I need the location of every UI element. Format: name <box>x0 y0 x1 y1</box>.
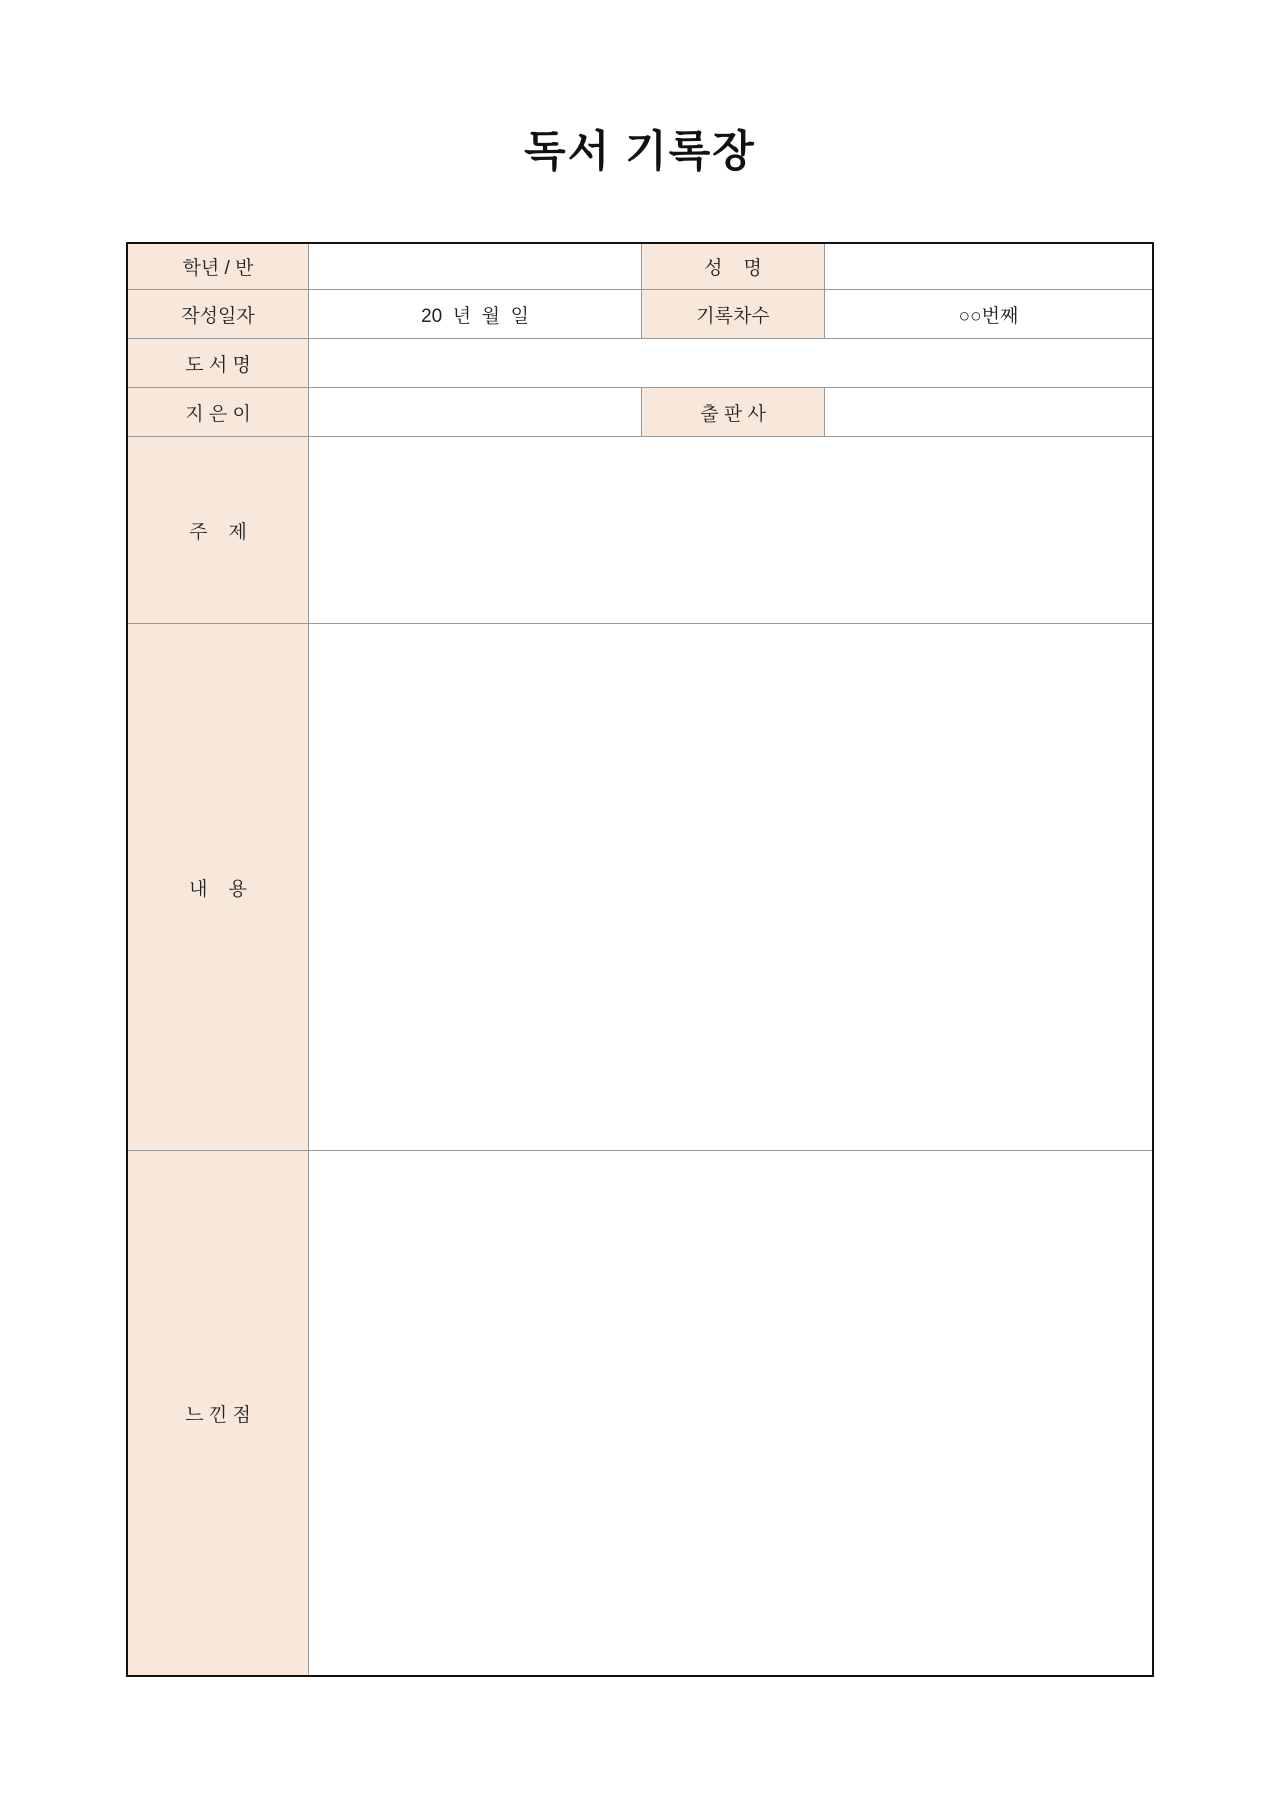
field-label-content: 내 용 <box>128 624 309 1151</box>
field-label-topic: 주 제 <box>128 437 309 624</box>
content-field <box>309 624 1152 1151</box>
field-label-book-title: 도 서 명 <box>128 339 309 388</box>
field-label-publisher: 출 판 사 <box>642 388 825 437</box>
book-title-field <box>309 339 1152 388</box>
topic-field <box>309 437 1152 624</box>
name-field <box>825 244 1152 290</box>
field-label-date: 작성일자 <box>128 290 309 339</box>
author-field <box>309 388 642 437</box>
field-label-impression: 느 낀 점 <box>128 1151 309 1675</box>
impression-field <box>309 1151 1152 1675</box>
field-label-author: 지 은 이 <box>128 388 309 437</box>
publisher-field <box>825 388 1152 437</box>
field-label-record-number: 기록차수 <box>642 290 825 339</box>
field-label-grade-class: 학년 / 반 <box>128 244 309 290</box>
record-number-field: ○○번째 <box>825 290 1152 339</box>
grade-class-field <box>309 244 642 290</box>
date-field: 20 년 월 일 <box>309 290 642 339</box>
reading-log-page: 독서 기록장 학년 / 반 성 명 작성일자 20 년 월 일 기록차수 ○○번… <box>0 0 1280 1810</box>
reading-log-form-table: 학년 / 반 성 명 작성일자 20 년 월 일 기록차수 ○○번째 도 서 명… <box>126 242 1154 1677</box>
field-label-name: 성 명 <box>642 244 825 290</box>
page-title: 독서 기록장 <box>0 118 1280 179</box>
